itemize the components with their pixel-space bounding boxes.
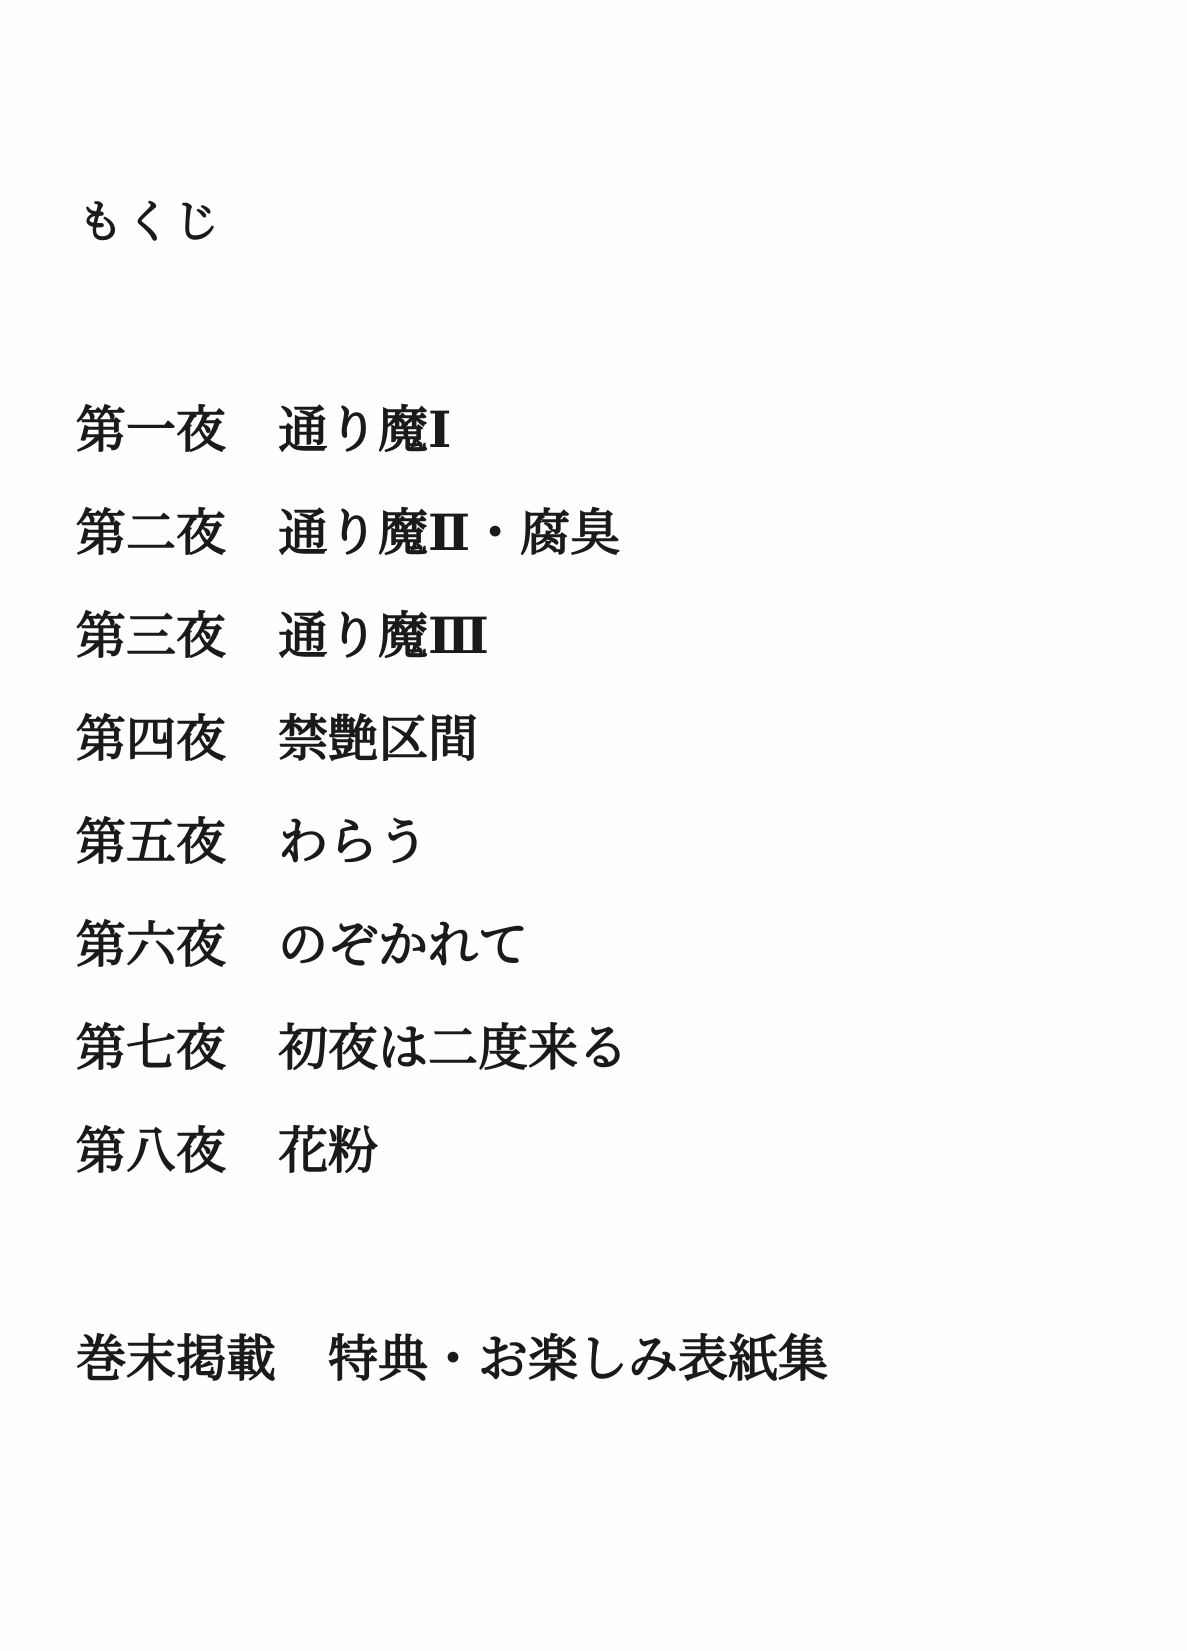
toc-entry: 第六夜 のぞかれて [76, 920, 628, 970]
toc-entry: 第七夜 初夜は二度来る [76, 1023, 628, 1073]
chapter-title: 花粉 [278, 1126, 378, 1176]
chapter-title: 初夜は二度来る [278, 1023, 628, 1073]
chapter-label: 第八夜 [76, 1126, 226, 1176]
appendix-entry: 巻末掲載 特典・お楽しみ表紙集 [76, 1334, 828, 1384]
chapter-title: わらう [278, 817, 428, 867]
chapter-label: 第四夜 [76, 714, 226, 764]
toc-entry: 第四夜 禁艶区間 [76, 714, 628, 764]
chapter-label: 第五夜 [76, 817, 226, 867]
chapter-label: 第二夜 [76, 508, 226, 558]
toc-entry: 第二夜 通り魔Ⅱ・腐臭 [76, 508, 628, 558]
chapter-title: のぞかれて [278, 920, 528, 970]
chapter-label: 第六夜 [76, 920, 226, 970]
toc-entry: 第八夜 花粉 [76, 1126, 628, 1176]
toc-entry: 第三夜 通り魔Ⅲ [76, 611, 628, 661]
chapter-label: 第一夜 [76, 405, 226, 455]
chapter-title: 通り魔Ⅲ [278, 611, 489, 661]
chapter-title: 通り魔Ⅰ [278, 405, 451, 455]
appendix-title: 特典・お楽しみ表紙集 [328, 1334, 828, 1384]
chapter-label: 第三夜 [76, 611, 226, 661]
toc-entry: 第五夜 わらう [76, 817, 628, 867]
appendix-label: 巻末掲載 [76, 1334, 276, 1384]
chapter-title: 通り魔Ⅱ・腐臭 [278, 508, 620, 558]
toc-page: もくじ 第一夜 通り魔Ⅰ 第二夜 通り魔Ⅱ・腐臭 第三夜 通り魔Ⅲ 第四夜 禁艶… [0, 0, 1187, 1651]
chapter-label: 第七夜 [76, 1023, 226, 1073]
chapter-list: 第一夜 通り魔Ⅰ 第二夜 通り魔Ⅱ・腐臭 第三夜 通り魔Ⅲ 第四夜 禁艶区間 第… [76, 405, 628, 1176]
chapter-title: 禁艶区間 [278, 714, 478, 764]
page-title: もくじ [78, 199, 222, 244]
toc-entry: 第一夜 通り魔Ⅰ [76, 405, 628, 455]
